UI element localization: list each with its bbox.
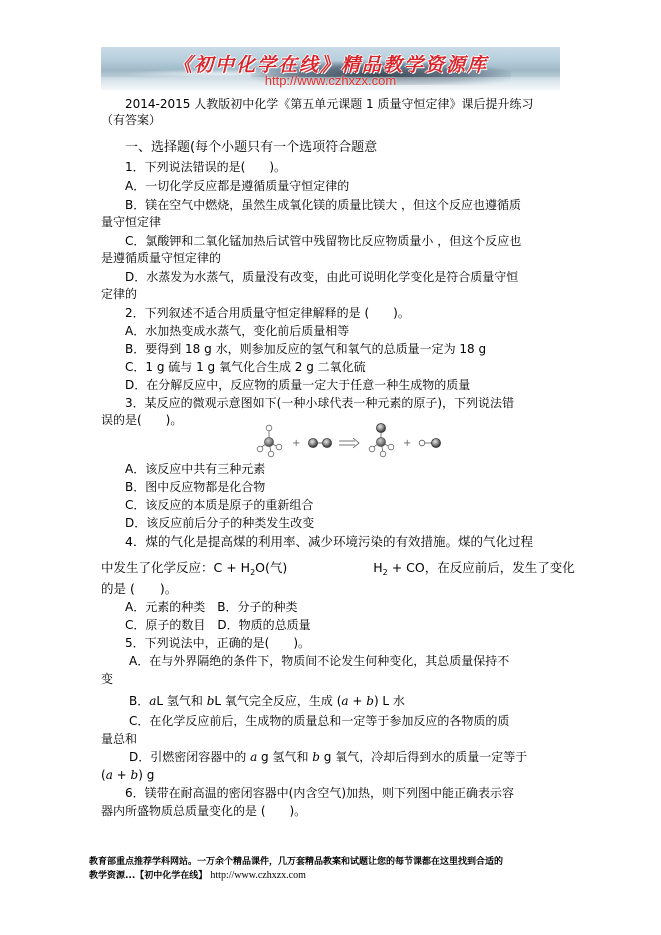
footer-line1: 教育部重点推荐学科网站。一万余个精品课件，几万套精品教案和试题让您的每节课都在这…: [89, 856, 579, 869]
question-1-option-d: D．水蒸发为水蒸气，质量没有改变，由此可说明化学变化是符合质量守恒: [101, 269, 585, 285]
question-4-equation-left-b: O(气): [255, 560, 287, 575]
product-molecule-2: [419, 439, 440, 448]
option-text: g 氧气，冷却后得到水的质量一定等于: [320, 750, 527, 764]
question-4-stem-line2: 中发生了化学反应：C + H2O(气)H2 + CO，在反应前后，发生了变化: [101, 560, 561, 576]
question-1-option-b: B．镁在空气中燃烧，虽然生成氧化镁的质量比镁大 ，但这个反应也遵循质: [101, 197, 585, 213]
footer-url-link[interactable]: http://www.czhxzx.com: [210, 870, 305, 881]
question-5-option-a: A．在与外界隔绝的条件下，物质间不论发生何种变化，其总质量保持不: [101, 653, 589, 669]
question-2-option-b: B．要得到 18 g 水，则参加反应的氢气和氧气的总质量一定为 18 g: [101, 341, 585, 357]
question-1-option-b-cont: 量守恒定律: [101, 214, 561, 230]
question-1-option-c-cont: 是遵循质量守恒定律的: [101, 250, 561, 266]
document-title-line1: 2014-2015 人教版初中化学《第五单元课题 1 质量守恒定律》课后提升练习: [101, 96, 585, 112]
question-4-stem-line1: 4．煤的气化是提高煤的利用率、减少环境污染的有效措施。煤的气化过程: [101, 534, 585, 550]
question-5-option-c-cont: 量总和: [101, 731, 561, 747]
option-text: D．引燃密闭容器中的: [129, 750, 250, 764]
question-5-option-b: B．aL 氢气和 bL 氧气完全反应，生成 (a + b) L 水: [101, 693, 589, 709]
question-4-equation-right-b: + CO，在反应前后，发生了变化: [388, 560, 575, 575]
paren: ) g: [138, 768, 154, 782]
option-text: L 氢气和: [156, 694, 206, 708]
variable-b: b: [312, 750, 320, 764]
variable-a: a: [341, 694, 348, 708]
question-2-option-a: A．水加热变成水蒸气，变化前后质量相等: [101, 323, 585, 339]
plus-sign: +: [349, 694, 367, 708]
reactant-molecule-2: [309, 439, 332, 448]
option-text: g 氢气和: [257, 750, 312, 764]
question-3-option-a: A．该反应中共有三种元素: [101, 461, 585, 477]
banner-url[interactable]: http://www.czhxzx.com: [101, 73, 560, 88]
option-text: L 氧气完全反应，生成 (: [214, 694, 341, 708]
question-4-stem-line3: 的是 ( )。: [101, 581, 561, 597]
plus-sign: +: [292, 438, 300, 449]
document-title-line2: （有答案）: [101, 112, 561, 128]
footer-site-name: 教学资源...【初中化学在线】: [89, 871, 207, 881]
question-1-option-a: A．一切化学反应都是遵循质量守恒定律的: [101, 178, 585, 194]
plus-sign: +: [113, 768, 131, 782]
question-4-equation-left: 中发生了化学反应：C + H: [101, 560, 250, 575]
question-2-option-d: D．在分解反应中，反应物的质量一定大于任意一种生成物的质量: [101, 377, 585, 393]
section-heading: 一、选择题(每个小题只有一个选项符合题意: [101, 140, 585, 156]
reaction-arrow-icon: [339, 438, 359, 448]
plus-sign: +: [403, 438, 411, 449]
question-4-equation-right: H: [373, 560, 382, 575]
option-label: B．: [129, 694, 149, 708]
question-5-option-a-cont: 变: [101, 671, 561, 687]
question-3-option-d: D．该反应前后分子的种类发生改变: [101, 515, 585, 531]
question-3-stem: 3．某反应的微观示意图如下(一种小球代表一种元素的原子)，下列说法错: [101, 395, 585, 411]
variable-b: b: [366, 694, 374, 708]
question-2-option-c: C．1 g 硫与 1 g 氧气化合生成 2 g 二氧化硫: [101, 359, 585, 375]
variable-a: a: [106, 768, 113, 782]
option-text: ) L 水: [374, 694, 405, 708]
page-footer: 教育部重点推荐学科网站。一万余个精品课件，几万套精品教案和试题让您的每节课都在这…: [89, 856, 579, 883]
question-3-option-c: C．该反应的本质是原子的重新组合: [101, 497, 585, 513]
question-5-option-d: D．引燃密闭容器中的 a g 氢气和 b g 氧气，冷却后得到水的质量一定等于: [101, 749, 589, 765]
question-1-option-d-cont: 定律的: [101, 286, 561, 302]
question-6-stem-cont: 器内所盛物质总质量变化的是 ( )。: [101, 803, 561, 819]
reactant-molecule-1: [257, 425, 282, 457]
product-molecule-1: [369, 424, 394, 457]
footer-line2: 教学资源...【初中化学在线】 http://www.czhxzx.com: [89, 869, 579, 883]
question-3-option-b: B．图中反应物都是化合物: [101, 479, 585, 495]
question-1-stem: 1．下列说法错误的是( )。: [101, 159, 585, 175]
question-5-option-c: C．在化学反应前后，生成物的质量总和一定等于参加反应的各物质的质: [101, 713, 589, 729]
question-2-stem: 2．下列叙述不适合用质量守恒定律解释的是 ( )。: [101, 305, 585, 321]
question-4-options-row1: A．元素的种类 B．分子的种类: [101, 599, 585, 615]
question-5-option-d-cont: (a + b) g: [101, 767, 561, 783]
question-4-options-row2: C．原子的数目 D．物质的总质量: [101, 617, 585, 633]
question-5-stem: 5．下列说法中，正确的是( )。: [101, 635, 585, 651]
reaction-diagram: + +: [255, 421, 445, 461]
header-banner: 《初中化学在线》精品教学资源库 http://www.czhxzx.com: [101, 47, 560, 90]
question-1-option-c: C．氯酸钾和二氧化锰加热后试管中残留物比反应物质量小 ，但这个反应也: [101, 233, 585, 249]
question-6-stem: 6．镁带在耐高温的密闭容器中(内含空气)加热，则下列图中能正确表示容: [101, 785, 585, 801]
